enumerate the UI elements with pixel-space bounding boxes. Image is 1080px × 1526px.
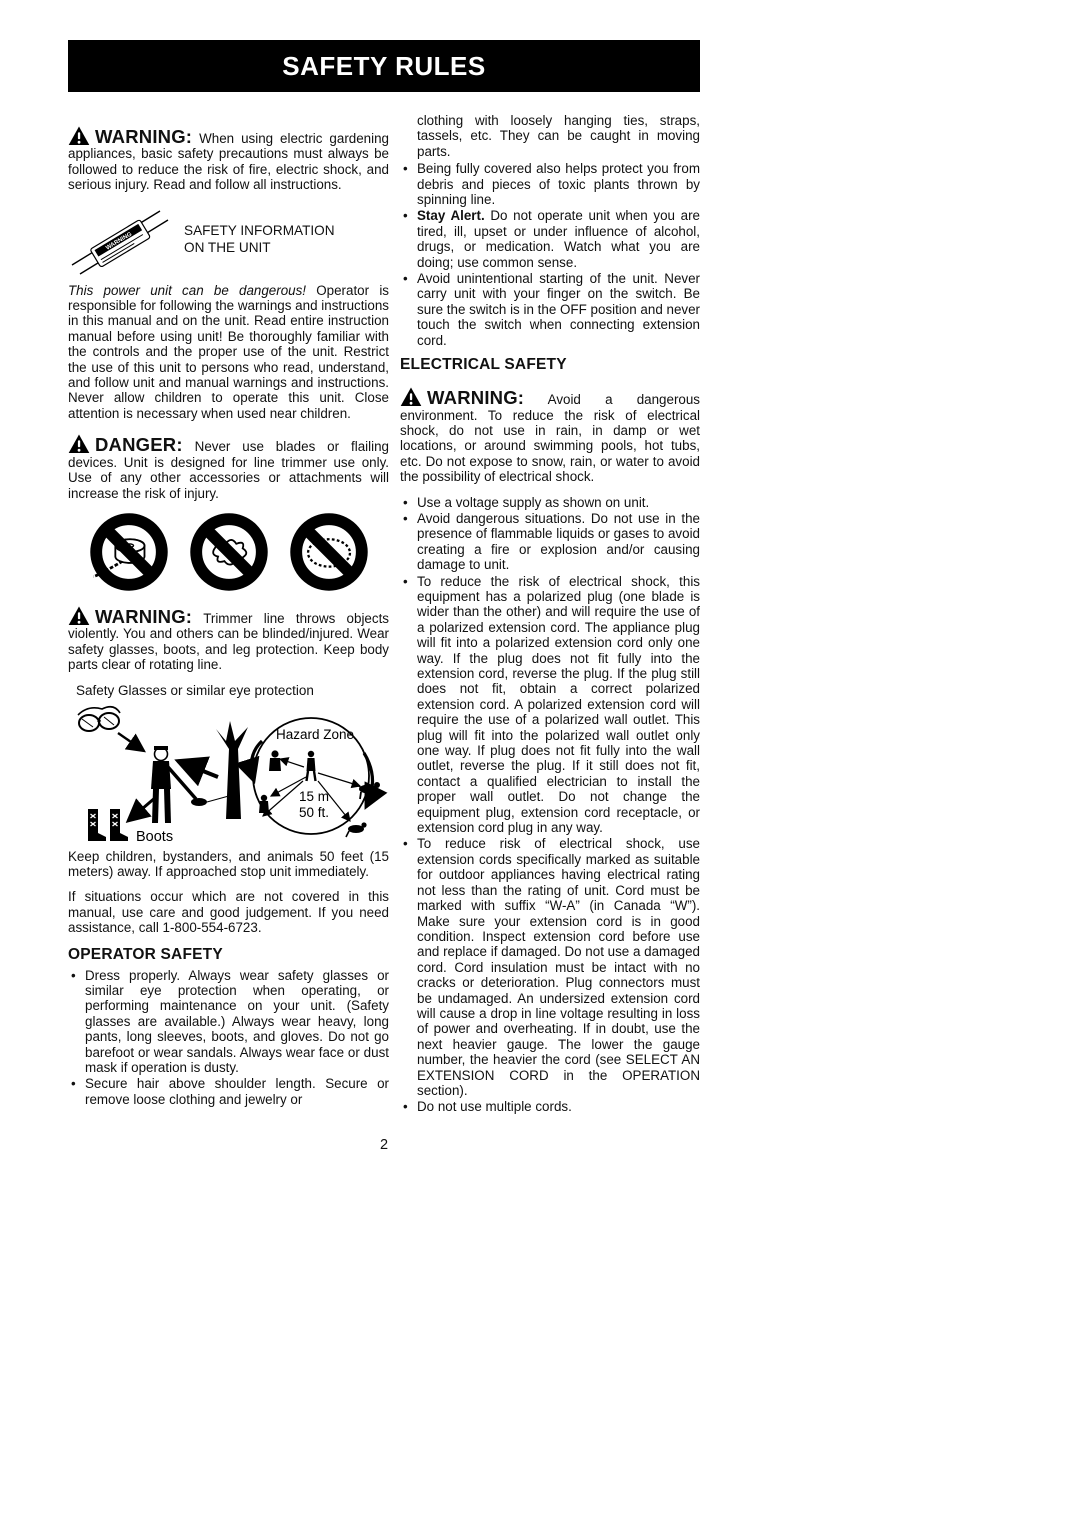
hazard-zone-diagram: Boots Hazard Zone [68,701,390,843]
danger-label: DANGER: [95,434,183,455]
left-column: WARNING: When using electric gardening a… [68,113,389,1123]
operator-safety-heading: OPERATOR SAFETY [68,946,389,964]
warning-triangle-icon [68,126,90,146]
warning-paragraph-electrical: WARNING: Avoid a dangerous environment. … [400,387,700,484]
list-item: Dress properly. Always wear safety glass… [68,968,389,1076]
boots-icon [88,809,128,841]
safety-info-on-unit: WARNING SAFETY INFORMATION ON THE UNIT [68,203,389,275]
continuation-paragraph: clothing with loosely hanging ties, stra… [400,113,700,159]
cat-figure-bottom-right [346,822,367,837]
assistance-paragraph: If situations occur which are not covere… [68,889,389,935]
list-item: Avoid unintentional starting of the unit… [400,271,700,348]
prohibited-spool-icon [88,511,170,593]
arrow-operator-to-boots [128,797,156,821]
goggles-icon [78,706,120,730]
unit-label-line1: SAFETY INFORMATION [184,222,335,239]
warning-label: WARNING: [95,126,192,147]
safety-label-icon: WARNING [68,203,170,275]
operator-safety-list: Dress properly. Always wear safety glass… [68,968,389,1108]
list-item: Avoid dangerous situations. Do not use i… [400,511,700,573]
right-column: clothing with loosely hanging ties, stra… [400,113,700,1123]
list-item: Secure hair above shoulder length. Secur… [68,1076,389,1107]
arrow-goggles-to-operator [118,733,144,751]
distance-feet-label: 50 ft. [299,805,329,820]
list-item: Being fully covered also helps protect y… [400,161,700,207]
list-item: To reduce the risk of electrical shock, … [400,574,700,836]
prohibited-saw-blade-icon [288,511,370,593]
arrow-tree-to-operator [178,761,218,777]
list-item: Use a voltage supply as shown on unit. [400,495,700,510]
stay-alert-label: Stay Alert. [417,208,485,223]
electrical-safety-list: Use a voltage supply as shown on unit. A… [400,495,700,1115]
italic-lead: This power unit can be dangerous! [68,283,306,298]
dangerous-unit-paragraph: This power unit can be dangerous! Operat… [68,283,389,422]
page-content: SAFETY RULES WARNING: When using electri… [68,40,700,1123]
unit-label-line2: ON THE UNIT [184,239,335,256]
operator-figure [151,746,236,823]
manual-page: { "colors": { "page_bg": "#ffffff", "tex… [0,0,1080,1526]
list-item: Stay Alert. Do not operate unit when you… [400,208,700,270]
warning-label: WARNING: [95,606,192,627]
section-title: SAFETY RULES [282,51,485,82]
danger-paragraph: DANGER: Never use blades or flailing dev… [68,434,389,501]
dangerous-unit-text: Operator is responsible for following th… [68,283,389,421]
distance-meters-label: 15 m [299,789,329,804]
prohibited-attachments-icons [68,511,389,593]
hazard-zone-label: Hazard Zone [276,727,354,742]
hazard-zone-circle: Hazard Zone [251,718,380,837]
keep-away-paragraph: Keep children, bystanders, and animals 5… [68,849,389,880]
section-header: SAFETY RULES [68,40,700,92]
two-column-layout: WARNING: When using electric gardening a… [68,113,700,1123]
prohibited-flail-blade-icon [188,511,270,593]
warning-paragraph-electric: WARNING: When using electric gardening a… [68,126,389,193]
list-item: Do not use multiple cords. [400,1099,700,1114]
operator-safety-list-continued: Being fully covered also helps protect y… [400,161,700,348]
warning-triangle-icon [68,606,90,626]
boots-label: Boots [136,829,173,843]
warning-paragraph-trimmer-line: WARNING: Trimmer line throws objects vio… [68,606,389,673]
warning-triangle-icon [400,387,422,407]
tree-figure [216,721,248,819]
danger-triangle-icon [68,434,90,454]
safety-glasses-caption: Safety Glasses or similar eye protection [76,683,389,699]
electrical-safety-heading: ELECTRICAL SAFETY [400,356,700,374]
unit-label-text: SAFETY INFORMATION ON THE UNIT [184,222,335,256]
list-item: To reduce risk of electrical shock, use … [400,836,700,1098]
warning-label: WARNING: [427,387,524,408]
page-number: 2 [68,1137,700,1153]
